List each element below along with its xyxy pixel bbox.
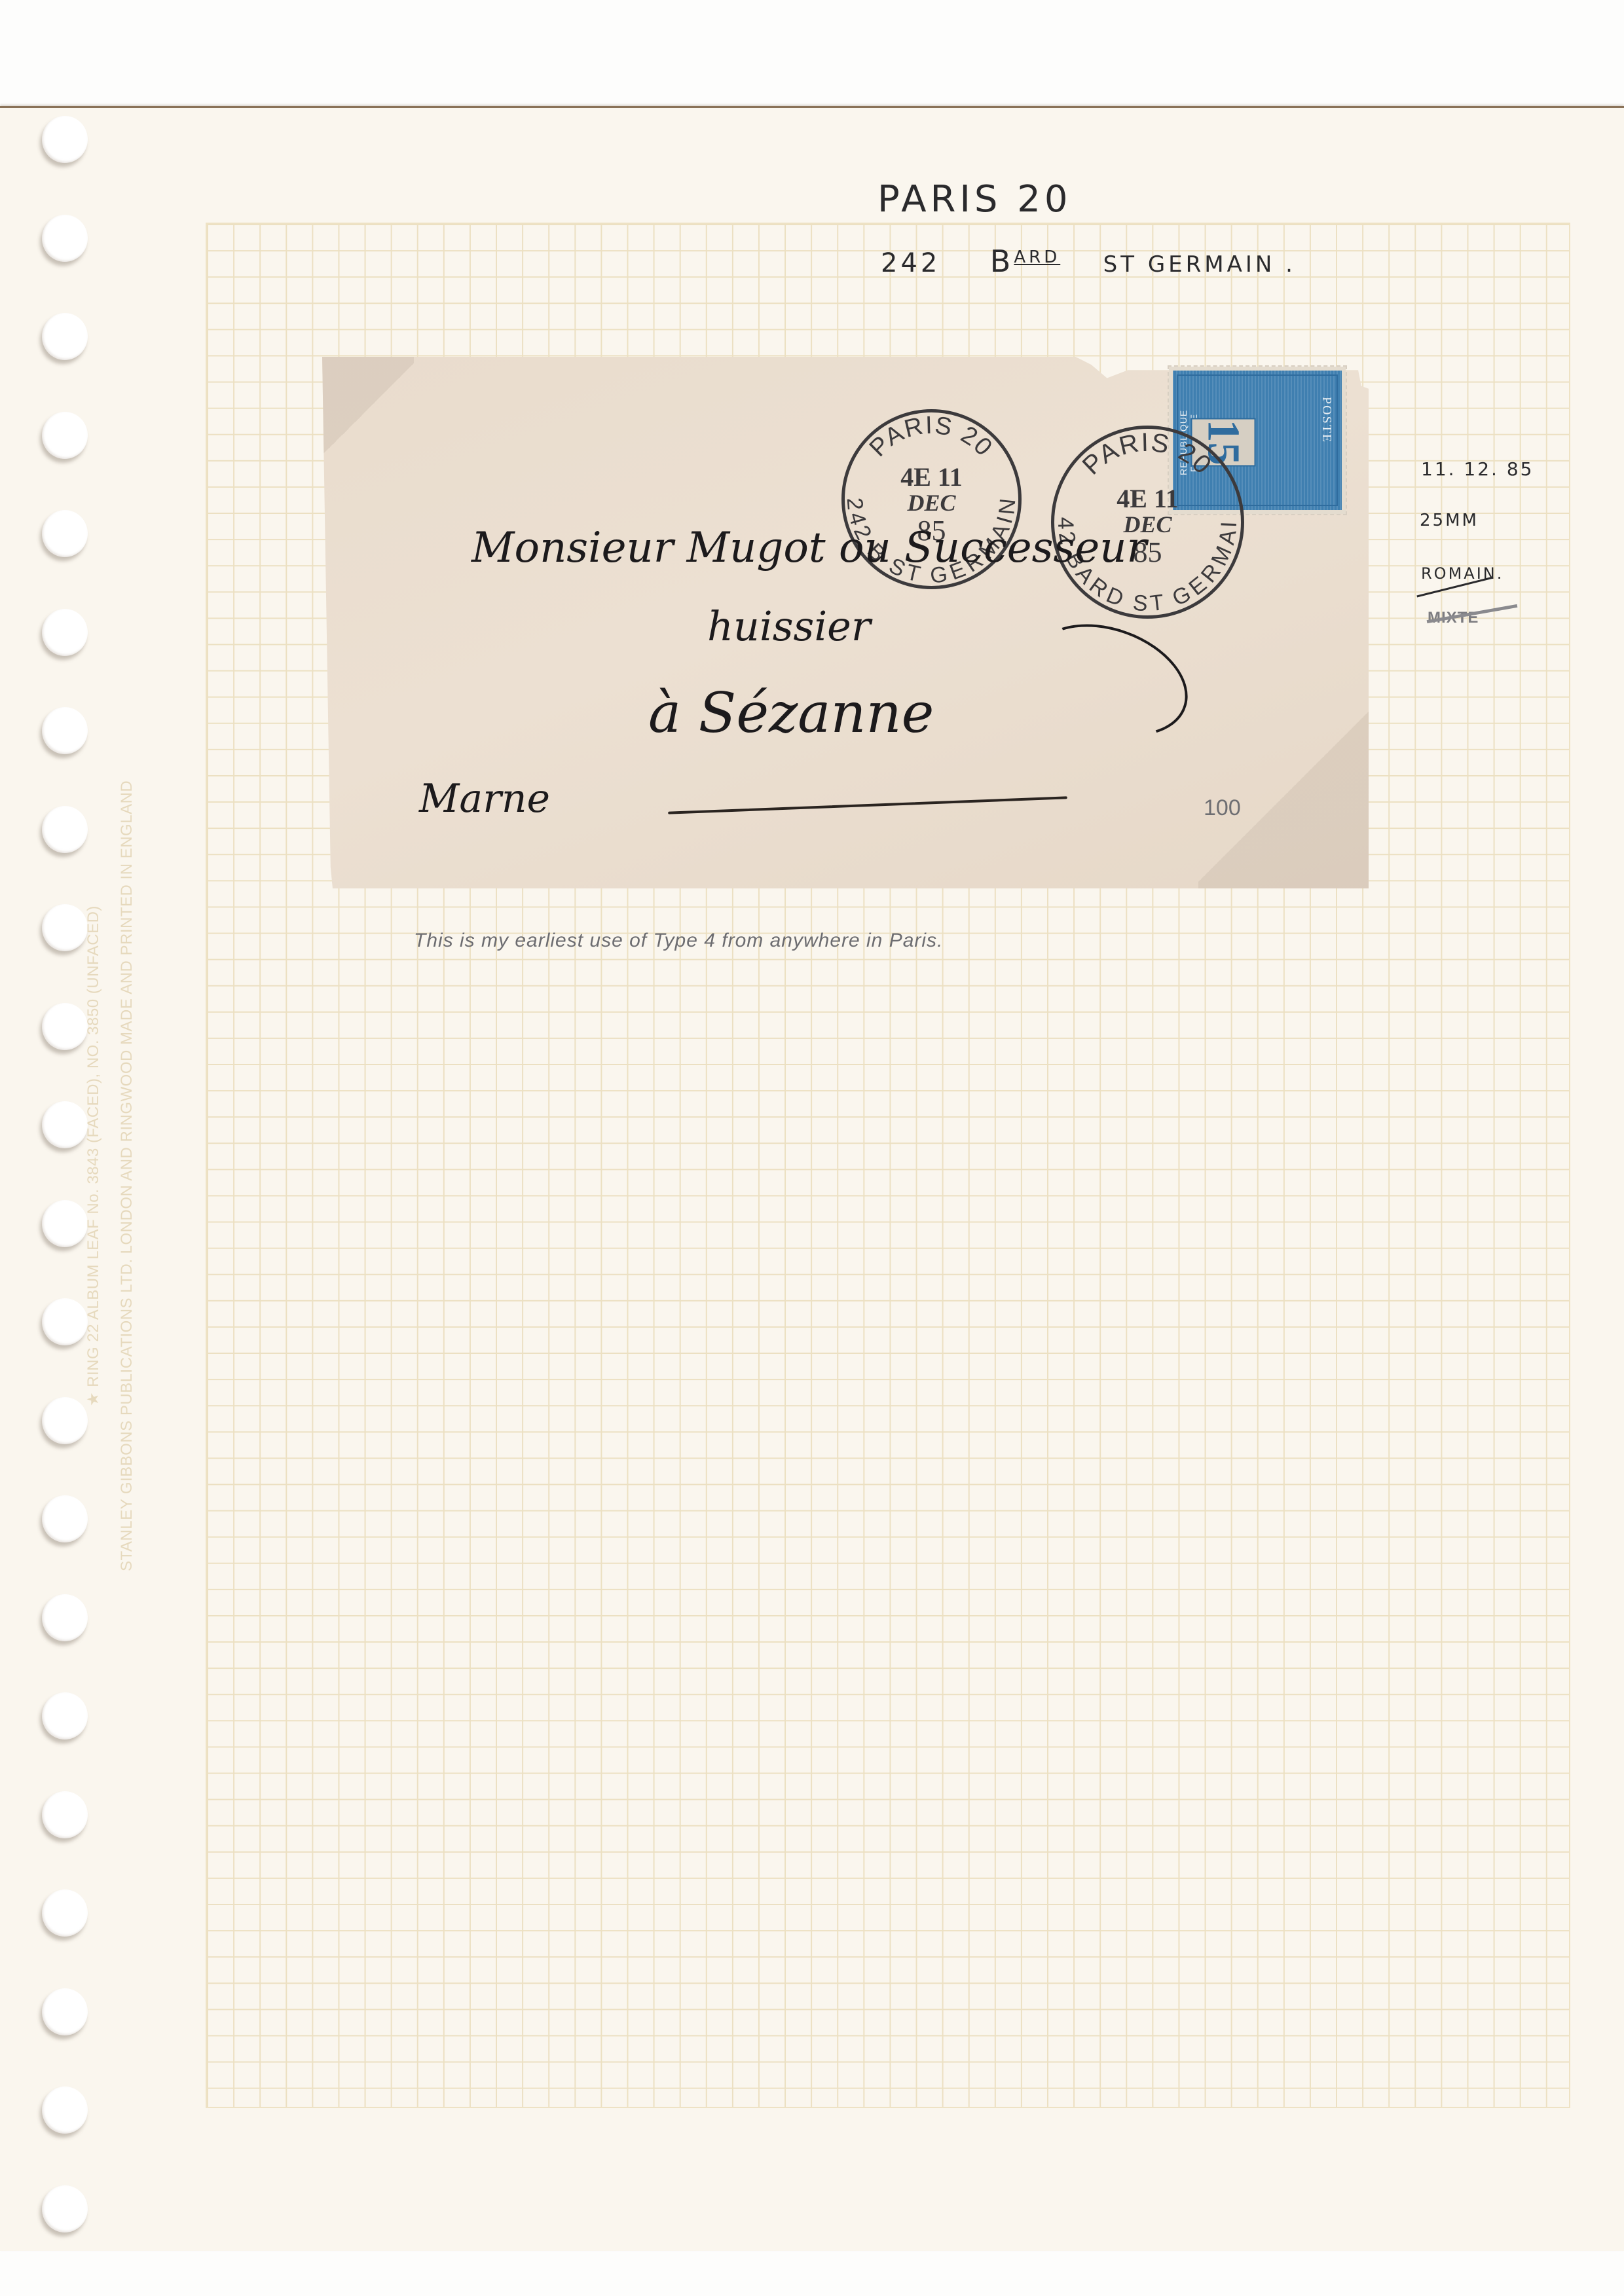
ring-hole xyxy=(42,1889,88,1937)
ring-hole xyxy=(42,1200,88,1247)
ring-hole xyxy=(42,2185,88,2232)
ring-hole xyxy=(42,904,88,951)
note-typeface: ROMAIN. xyxy=(1421,564,1504,583)
postmark-cds-2: PARIS 20 242 BARD ST GERMAIN 4E 11 DEC 8… xyxy=(1051,426,1244,619)
ring-hole xyxy=(42,116,88,163)
note-date: 11. 12. 85 xyxy=(1421,458,1534,480)
ring-hole xyxy=(42,1101,88,1148)
publisher-imprint-line2: STANLEY GIBBONS PUBLICATIONS LTD. LONDON… xyxy=(118,780,136,1571)
ring-hole xyxy=(42,1988,88,2035)
ring-hole xyxy=(42,1594,88,1641)
ring-hole xyxy=(42,806,88,853)
subtitle-b: B xyxy=(990,244,1014,279)
ring-hole xyxy=(42,313,88,360)
ring-hole xyxy=(42,1397,88,1444)
address-line-town: à Sézanne xyxy=(648,681,934,745)
address-line-profession: huissier xyxy=(707,602,870,650)
note-size: 25MM xyxy=(1420,511,1479,530)
ring-hole xyxy=(42,1298,88,1345)
pencil-price: 100 xyxy=(1204,795,1241,821)
ring-hole xyxy=(42,707,88,754)
ring-hole xyxy=(42,1692,88,1740)
page-title: PARIS 20 xyxy=(877,178,1072,221)
ring-hole xyxy=(42,510,88,557)
ring-hole xyxy=(42,215,88,262)
address-line-department: Marne xyxy=(419,776,550,822)
subtitle-number: 242 xyxy=(881,248,940,278)
ring-hole xyxy=(42,1495,88,1542)
page-subtitle: 242 BARD ST GERMAIN . xyxy=(881,244,1296,279)
publisher-imprint-line1: ★ RING 22 ALBUM LEAF No. 3843 (FACED), N… xyxy=(84,905,103,1406)
page-caption: This is my earliest use of Type 4 from a… xyxy=(414,930,943,952)
svg-text:PARIS 20: PARIS 20 xyxy=(864,412,998,462)
ring-hole xyxy=(42,1791,88,1838)
stamp-label: POSTE xyxy=(1319,397,1334,443)
ring-hole xyxy=(42,609,88,656)
ring-hole xyxy=(42,412,88,459)
flap-shadow xyxy=(322,357,414,462)
svg-text:PARIS 20: PARIS 20 xyxy=(1077,429,1218,481)
address-line-addressee: Monsieur Mugot ou Successeur xyxy=(471,524,1147,572)
ring-hole xyxy=(42,1003,88,1050)
ring-hole xyxy=(42,2086,88,2134)
subtitle-street: ST GERMAIN . xyxy=(1103,251,1296,278)
subtitle-ard: ARD xyxy=(1014,247,1060,267)
